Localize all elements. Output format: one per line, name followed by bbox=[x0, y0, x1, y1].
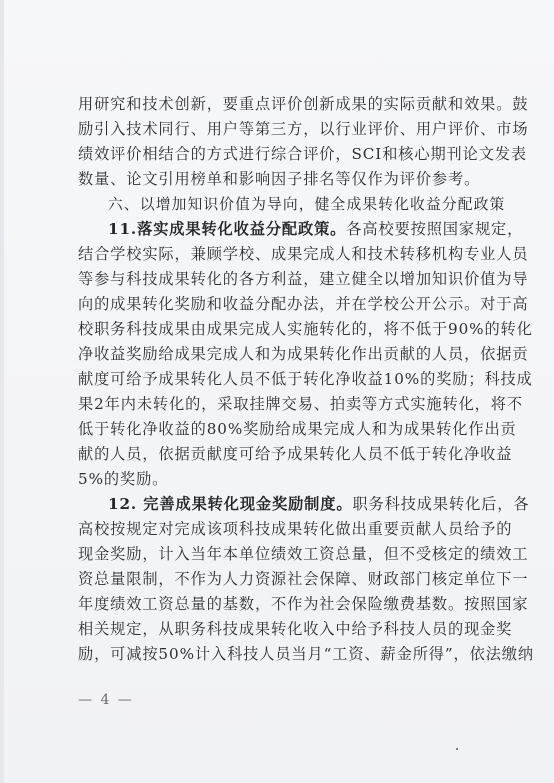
item-12-first-line: 12. 完善成果转化现金奖励制度。职务科技成果转化后，各 bbox=[78, 492, 464, 517]
paragraph-line: 果2年内未转化的，采取挂牌交易、拍卖等方式实施转化，将不 bbox=[78, 392, 464, 417]
paragraph-line: 年度绩效工资总量的基数，不作为社会保险缴费基数。按照国家 bbox=[78, 592, 464, 617]
paragraph-line: 向的成果转化奖励和收益分配办法，并在学校公开公示。对于高 bbox=[78, 292, 464, 317]
paragraph-line: 励，可减按50%计入科技人员当月“工资、薪金所得”，依法缴纳 bbox=[78, 642, 464, 667]
page-number: — 4 — bbox=[78, 692, 134, 708]
body-text: 用研究和技术创新，要重点评价创新成果的实际贡献和效果。鼓 励引入技术同行、用户等… bbox=[78, 92, 468, 667]
paragraph-line: 绩效评价相结合的方式进行综合评价，SCI和核心期刊论文发表 bbox=[78, 142, 464, 167]
paragraph-line: 高校按规定对完成该项科技成果转化做出重要贡献人员给予的 bbox=[78, 517, 464, 542]
paragraph-line: 相关规定，从职务科技成果转化收入中给予科技人员的现金奖 bbox=[78, 617, 464, 642]
paragraph-line: 献的人员，依据贡献度可给予成果转化人员不低于转化净收益 bbox=[78, 442, 464, 467]
page-edge-shadow bbox=[0, 0, 4, 783]
paragraph-line: 现金奖励，计入当年本单位绩效工资总量，但不受核定的绩效工 bbox=[78, 542, 464, 567]
scan-speck bbox=[456, 748, 458, 750]
paragraph-line: 励引入技术同行、用户等第三方，以行业评价、用户评价、市场 bbox=[78, 117, 464, 142]
paragraph-line: 用研究和技术创新，要重点评价创新成果的实际贡献和效果。鼓 bbox=[78, 92, 464, 117]
paragraph-line: 献度可给予成果转化人员不低于转化净收益10%的奖励；科技成 bbox=[78, 367, 464, 392]
paragraph-line: 数量、论文引用榜单和影响因子排名等仅作为评价参考。 bbox=[78, 167, 464, 192]
paragraph-line: 净收益奖励给成果完成人和为成果转化作出贡献的人员，依据贡 bbox=[78, 342, 464, 367]
paragraph-line: 5%的奖励。 bbox=[78, 467, 464, 492]
paragraph-line: 低于转化净收益的80%奖励给成果完成人和为成果转化作出贡 bbox=[78, 417, 464, 442]
item-11-first-line: 11.落实成果转化收益分配政策。各高校要按照国家规定， bbox=[78, 217, 464, 242]
document-page: 用研究和技术创新，要重点评价创新成果的实际贡献和效果。鼓 励引入技术同行、用户等… bbox=[0, 0, 554, 783]
paragraph-line: 资总量限制，不作为人力资源社会保障、财政部门核定单位下一 bbox=[78, 567, 464, 592]
paragraph-line: 校职务科技成果由成果完成人实施转化的，将不低于90%的转化 bbox=[78, 317, 464, 342]
paragraph-line: 结合学校实际，兼顾学校、成果完成人和技术转移机构专业人员 bbox=[78, 242, 464, 267]
item-11-title: 11.落实成果转化收益分配政策。 bbox=[108, 220, 346, 238]
item-11-lead-text: 各高校要按照国家规定， bbox=[346, 220, 523, 238]
section-heading: 六、以增加知识价值为导向，健全成果转化收益分配政策 bbox=[78, 192, 464, 217]
item-12-lead-text: 职务科技成果转化后，各 bbox=[352, 495, 529, 513]
item-12-title: 12. 完善成果转化现金奖励制度。 bbox=[108, 495, 352, 513]
paragraph-line: 等参与科技成果转化的各方利益，建立健全以增加知识价值为导 bbox=[78, 267, 464, 292]
